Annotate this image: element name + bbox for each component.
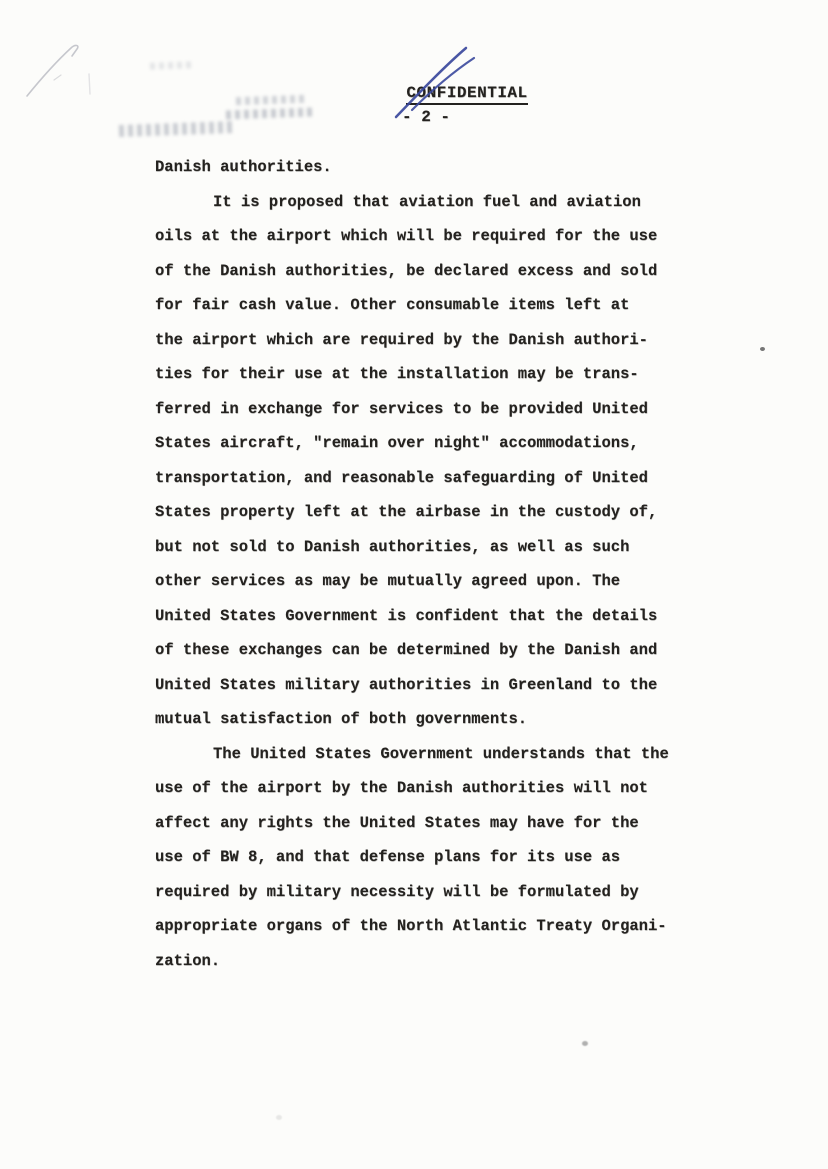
typed-line: of these exchanges can be determined by … xyxy=(155,633,715,668)
faded-stamp-row xyxy=(119,121,235,137)
page-number: - 2 - xyxy=(402,108,450,126)
typed-line: It is proposed that aviation fuel and av… xyxy=(155,185,715,220)
typed-line: oils at the airport which will be requir… xyxy=(155,219,715,254)
scan-speck xyxy=(276,1115,282,1120)
classification-text: CONFIDENTIAL xyxy=(406,84,527,105)
scan-speck xyxy=(760,347,765,351)
typed-line: appropriate organs of the North Atlantic… xyxy=(155,909,715,944)
typed-line: United States military authorities in Gr… xyxy=(155,668,715,703)
pencil-mark xyxy=(0,0,120,120)
document-page: CONFIDENTIAL - 2 - Danish authorities. I… xyxy=(0,0,828,1169)
typed-line: United States Government is confident th… xyxy=(155,599,715,634)
typed-line: mutual satisfaction of both governments. xyxy=(155,702,715,737)
typed-line: but not sold to Danish authorities, as w… xyxy=(155,530,715,565)
typed-line: ferred in exchange for services to be pr… xyxy=(155,392,715,427)
typed-line: for fair cash value. Other consumable it… xyxy=(155,288,715,323)
typed-line: of the Danish authorities, be declared e… xyxy=(155,254,715,289)
scan-speck xyxy=(582,1041,588,1046)
typed-line: the airport which are required by the Da… xyxy=(155,323,715,358)
typed-line: required by military necessity will be f… xyxy=(155,875,715,910)
typed-line: transportation, and reasonable safeguard… xyxy=(155,461,715,496)
typed-line: use of the airport by the Danish authori… xyxy=(155,771,715,806)
typed-line: use of BW 8, and that defense plans for … xyxy=(155,840,715,875)
typed-line: States aircraft, "remain over night" acc… xyxy=(155,426,715,461)
typed-line: The United States Government understands… xyxy=(155,737,715,772)
typed-line: other services as may be mutually agreed… xyxy=(155,564,715,599)
document-body: Danish authorities. It is proposed that … xyxy=(155,150,715,978)
typed-line: ties for their use at the installation m… xyxy=(155,357,715,392)
typed-line: zation. xyxy=(155,944,715,979)
typed-line: affect any rights the United States may … xyxy=(155,806,715,841)
typed-line: Danish authorities. xyxy=(155,150,715,185)
faded-stamp-row xyxy=(226,108,312,120)
faded-stamp-row xyxy=(150,61,192,69)
typed-line: States property left at the airbase in t… xyxy=(155,495,715,530)
faded-stamp-row xyxy=(236,95,306,105)
